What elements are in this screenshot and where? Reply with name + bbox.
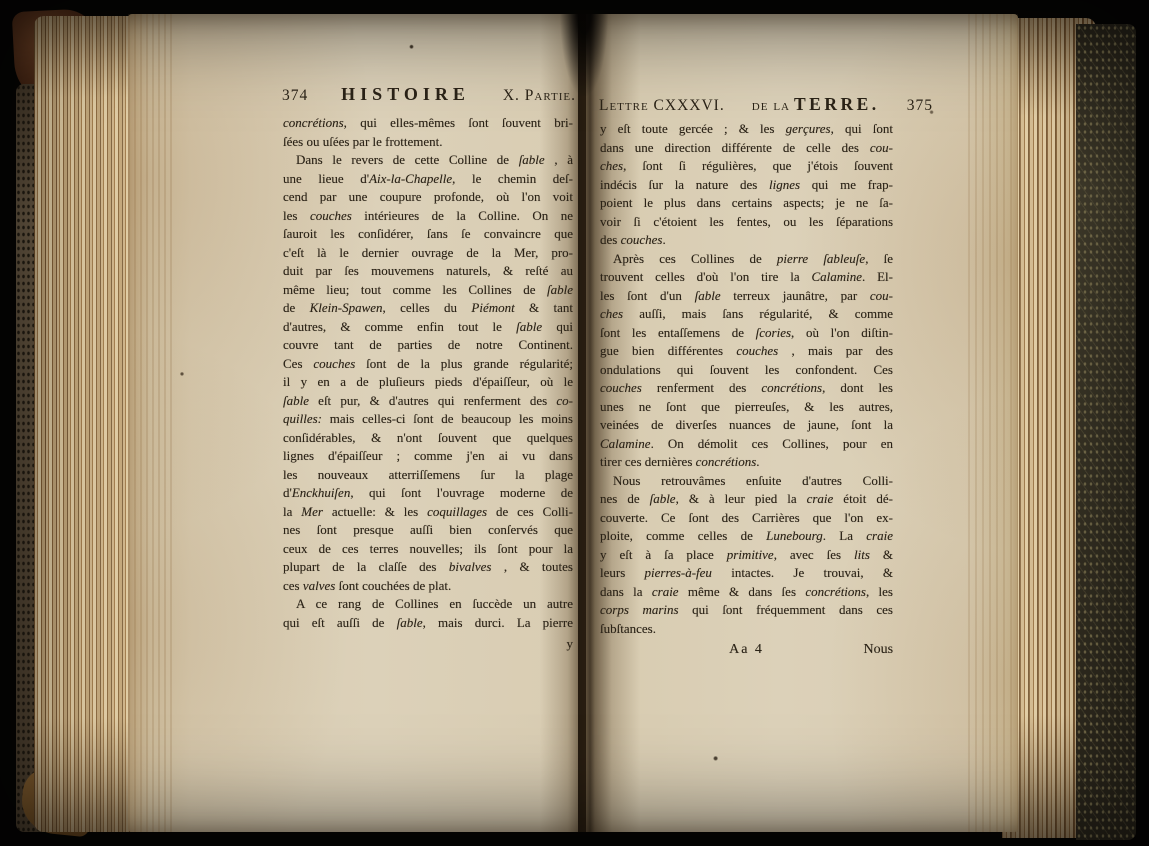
catchword-right: Nous bbox=[795, 642, 893, 658]
text-line: indécis ſur la nature des lignes qui me … bbox=[600, 176, 893, 195]
text-line: ches auſſi, mais ſans régularité, & comm… bbox=[600, 305, 893, 324]
text-line: y eſt toute gercée ; & les gerçures, qui… bbox=[600, 120, 893, 139]
text-line: plupart de la claſſe des bivalves , & to… bbox=[283, 558, 573, 577]
letter-label: Lettre CXXXVI. bbox=[599, 97, 725, 115]
text-line: concrétions, qui elles-mêmes ſont ſouven… bbox=[283, 114, 573, 133]
text-line: ſont les entaſſemens de ſcories, où l'on… bbox=[600, 324, 893, 343]
signature-mark: Aa 4 bbox=[698, 642, 796, 658]
text-line: des couches. bbox=[600, 231, 893, 250]
book-cover-right bbox=[1076, 24, 1136, 840]
text-line: ſable eſt pur, & d'autres qui renferment… bbox=[283, 392, 573, 411]
text-line: tirer ces dernières concrétions. bbox=[600, 453, 893, 472]
text-line: voir ſi c'étoient les fentes, ou les ſép… bbox=[600, 213, 893, 232]
text-line: ceux de ces terres nouvelles; ils ſont p… bbox=[283, 540, 573, 559]
text-line: la Mer actuelle: & les coquillages de ce… bbox=[283, 503, 573, 522]
running-title-left: HISTOIRE bbox=[341, 84, 470, 105]
text-line: c'eſt là le dernier ouvrage de la Mer, p… bbox=[283, 244, 573, 263]
text-line: de Klein-Spawen, celles du Piémont & tan… bbox=[283, 299, 573, 318]
text-line: il y en a de pluſieurs pieds d'épaiſſeur… bbox=[283, 373, 573, 392]
text-line: même lieu; tout comme les Collines de ſa… bbox=[283, 281, 573, 300]
text-line: trouvent celles d'où l'on tire la Calami… bbox=[600, 268, 893, 287]
text-line: y eſt à ſa place primitive, avec ſes lit… bbox=[600, 546, 893, 565]
page-right-header: Lettre CXXXVI. de la TERRE. 375 bbox=[599, 94, 933, 115]
page-number-left: 374 bbox=[282, 87, 308, 105]
catchword-left: y bbox=[283, 636, 573, 652]
text-line: dans une direction différente de celle d… bbox=[600, 139, 893, 158]
text-column-left: concrétions, qui elles-mêmes ſont ſouven… bbox=[283, 114, 573, 632]
running-title-right: de la TERRE. bbox=[752, 94, 880, 115]
text-line: ſubſtances. bbox=[600, 620, 893, 639]
text-line: poient le plus dans certains aspects; je… bbox=[600, 194, 893, 213]
text-line: d'autres, & comme enfin tout le ſable qu… bbox=[283, 318, 573, 337]
text-line: Nous retrouvâmes enſuite d'autres Colli- bbox=[600, 472, 893, 491]
text-line: cend par une coupure profonde, où l'on v… bbox=[283, 188, 573, 207]
text-line: Dans le revers de cette Colline de ſable… bbox=[283, 151, 573, 170]
text-line: une lieue d'Aix-la-Chapelle, le chemin d… bbox=[283, 170, 573, 189]
text-line: nes de ſable, & à leur pied la craie éto… bbox=[600, 490, 893, 509]
text-line: ches, ſont ſi régulières, que j'étois ſo… bbox=[600, 157, 893, 176]
part-label: X. Partie. bbox=[503, 87, 576, 105]
text-line: d'Enckhuiſen, qui ſont l'ouvrage moderne… bbox=[283, 484, 573, 503]
text-line: Après ces Collines de pierre ſableuſe, ſ… bbox=[600, 250, 893, 269]
text-line: corps marins qui ſont fréquemment dans c… bbox=[600, 601, 893, 620]
text-line: gue bien différentes couches , mais par … bbox=[600, 342, 893, 361]
text-line: duit par ſes mouvemens naturels, & reſté… bbox=[283, 262, 573, 281]
text-line: qui eſt auſſi de ſable, mais durci. La p… bbox=[283, 614, 573, 633]
book-scan: 374 HISTOIRE X. Partie. Lettre CXXXVI. d… bbox=[0, 0, 1149, 846]
text-line: conſidérables, & n'ont ſouvent que quelq… bbox=[283, 429, 573, 448]
text-line: ſées ou uſées par le frottement. bbox=[283, 133, 573, 152]
text-line: veinées de diverſes nuances de jaune, ſo… bbox=[600, 416, 893, 435]
page-left-header: 374 HISTOIRE X. Partie. bbox=[282, 84, 576, 105]
text-column-right: y eſt toute gercée ; & les gerçures, qui… bbox=[600, 120, 893, 638]
text-line: ſauroit les conſidérer, ſans ſe convainc… bbox=[283, 225, 573, 244]
text-line: les nouveaux atterriſſemens ſur la plage bbox=[283, 466, 573, 485]
text-line: ces valves ſont couchées de plat. bbox=[283, 577, 573, 596]
page-number-right: 375 bbox=[907, 97, 933, 115]
text-line: A ce rang de Collines en ſuccède un autr… bbox=[283, 595, 573, 614]
text-line: ploite, comme celles de Lunebourg. La cr… bbox=[600, 527, 893, 546]
text-line: couches renferment des concrétions, dont… bbox=[600, 379, 893, 398]
signature-spacer bbox=[600, 642, 698, 658]
signature-line: Aa 4 Nous bbox=[600, 642, 893, 658]
text-line: leurs pierres-à-feu intactes. Je trouvai… bbox=[600, 564, 893, 583]
text-line: couverte. Ce ſont des Carrières que l'on… bbox=[600, 509, 893, 528]
text-line: couvre tant de parties de notre Continen… bbox=[283, 336, 573, 355]
text-line: Ces couches ſont de la plus grande régul… bbox=[283, 355, 573, 374]
text-line: Calamine. On démolit ces Collines, pour … bbox=[600, 435, 893, 454]
text-line: les ſont d'un ſable terreux jaunâtre, pa… bbox=[600, 287, 893, 306]
text-line: nes ſont presque auſſi bien conſervés qu… bbox=[283, 521, 573, 540]
text-line: les couches intérieures de la Colline. O… bbox=[283, 207, 573, 226]
text-line: ondulations qui ſouvent les confondent. … bbox=[600, 361, 893, 380]
text-line: dans la craie même & dans ſes concrétion… bbox=[600, 583, 893, 602]
text-line: quilles: mais celles-ci ſont de beaucoup… bbox=[283, 410, 573, 429]
text-line: unes ne ſont que pierreuſes, & les autre… bbox=[600, 398, 893, 417]
text-line: lignes d'épaiſſeur ; comme j'en ai vu da… bbox=[283, 447, 573, 466]
